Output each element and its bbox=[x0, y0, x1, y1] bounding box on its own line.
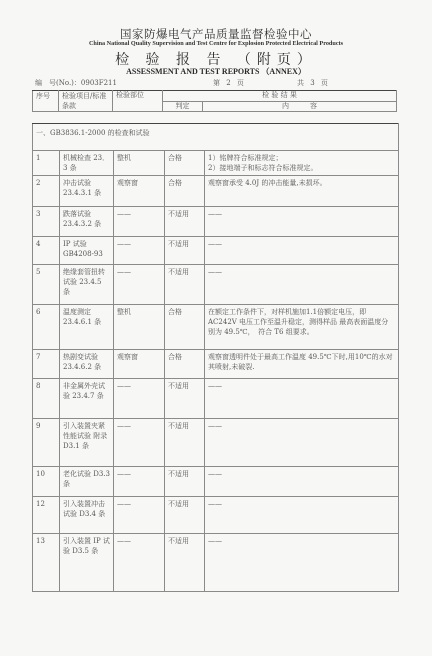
cell-content: 1）铭牌符合标准规定； 2）接地端子和标志符合标准规定。 bbox=[205, 151, 399, 176]
org-name-en: China National Quality Supervision and T… bbox=[0, 40, 432, 47]
cell-judge: 不适用 bbox=[165, 207, 205, 237]
col-part: 检验部位 bbox=[113, 91, 163, 112]
cell-part: 观察窗 bbox=[114, 350, 165, 379]
page-current: 第 2 页 bbox=[213, 78, 246, 88]
cell-item: 跌落试验 23.4.3.2 条 bbox=[60, 207, 114, 237]
cell-item: 机械检查 23．3 条 bbox=[60, 151, 114, 176]
cell-item: 热剧变试验 23.4.6.2 条 bbox=[60, 350, 114, 379]
col-content: 内 容 bbox=[203, 101, 397, 112]
col-num: 序号 bbox=[33, 91, 59, 112]
cell-num: 13 bbox=[33, 534, 60, 592]
table-row: 13引入装置 IP 试验 D3.5 条——不适用—— bbox=[33, 534, 399, 592]
cell-item: 冲击试验 23.4.3.1 条 bbox=[60, 176, 114, 207]
table-row: 9引入装置夹紧性能试验 附录 D3.1 条——不适用—— bbox=[33, 419, 399, 467]
cell-judge: 合格 bbox=[165, 305, 205, 350]
cell-judge: 合格 bbox=[165, 350, 205, 379]
table-row: 12引入装置冲击试验 D3.4 条——不适用—— bbox=[33, 497, 399, 534]
cell-num: 4 bbox=[33, 237, 60, 265]
cell-num: 8 bbox=[33, 379, 60, 419]
report-number-label: 编 号(No.)： bbox=[35, 79, 81, 87]
cell-item: 引入装置夹紧性能试验 附录 D3.1 条 bbox=[60, 419, 114, 467]
cell-item: 引入装置冲击试验 D3.4 条 bbox=[60, 497, 114, 534]
table-row: 3跌落试验 23.4.3.2 条——不适用—— bbox=[33, 207, 399, 237]
cell-num: 5 bbox=[33, 265, 60, 305]
cell-judge: 合格 bbox=[165, 176, 205, 207]
page-total: 共 3 页 bbox=[297, 78, 330, 88]
table-row: 10老化试验 D3.3 条——不适用—— bbox=[33, 467, 399, 497]
report-title-en: ASSESSMENT AND TEST REPORTS （ANNEX） bbox=[0, 66, 432, 77]
cell-num: 1 bbox=[33, 151, 60, 176]
cell-judge: 合格 bbox=[165, 151, 205, 176]
table-row: 8非金属外壳试验 23.4.7 条——不适用—— bbox=[33, 379, 399, 419]
cell-part: —— bbox=[114, 467, 165, 497]
cell-judge: 不适用 bbox=[165, 534, 205, 592]
results-table: 一、GB3836.1-2000 的检查和试验 1机械检查 23．3 条整机合格1… bbox=[32, 123, 399, 592]
cell-judge: 不适用 bbox=[165, 237, 205, 265]
cell-part: —— bbox=[114, 379, 165, 419]
cell-part: —— bbox=[114, 265, 165, 305]
section-title: 一、GB3836.1-2000 的检查和试验 bbox=[33, 124, 399, 151]
cell-content: —— bbox=[205, 379, 399, 419]
cell-content: 观察窗承受 4.0J 的冲击能量,未损坏。 bbox=[205, 176, 399, 207]
col-item: 检验项目/标准条款 bbox=[59, 91, 113, 112]
report-number: 编 号(No.)：0903F211 bbox=[35, 78, 117, 88]
cell-content: 观察窗透明件处于最高工作温度 49.5℃下时,用10℃的水对其喷射,未破裂. bbox=[205, 350, 399, 379]
table-row: 5绝缘套管扭转试验 23.4.5 条——不适用—— bbox=[33, 265, 399, 305]
col-result-group: 检 验 结 果 bbox=[163, 91, 397, 102]
cell-part: —— bbox=[114, 419, 165, 467]
table-row: 7热剧变试验 23.4.6.2 条观察窗合格观察窗透明件处于最高工作温度 49.… bbox=[33, 350, 399, 379]
cell-part: —— bbox=[114, 497, 165, 534]
table-row: 2冲击试验 23.4.3.1 条观察窗合格观察窗承受 4.0J 的冲击能量,未损… bbox=[33, 176, 399, 207]
cell-judge: 不适用 bbox=[165, 467, 205, 497]
cell-num: 9 bbox=[33, 419, 60, 467]
cell-part: —— bbox=[114, 207, 165, 237]
cell-item: 绝缘套管扭转试验 23.4.5 条 bbox=[60, 265, 114, 305]
table-row: 6温度测定 23.4.6.1 条整机合格在额定工作条件下，对样机施加1.1倍额定… bbox=[33, 305, 399, 350]
cell-num: 6 bbox=[33, 305, 60, 350]
cell-content: 在额定工作条件下，对样机施加1.1倍额定电压，即 AC242V 电压工作至温升稳… bbox=[205, 305, 399, 350]
column-header-table: 序号 检验项目/标准条款 检验部位 检 验 结 果 判定 内 容 bbox=[32, 90, 397, 112]
report-meta: 编 号(No.)：0903F211 第 2 页 共 3 页 bbox=[35, 78, 405, 90]
cell-part: 观察窗 bbox=[114, 176, 165, 207]
cell-part: 整机 bbox=[114, 305, 165, 350]
cell-num: 2 bbox=[33, 176, 60, 207]
section-row: 一、GB3836.1-2000 的检查和试验 bbox=[33, 124, 399, 151]
cell-num: 3 bbox=[33, 207, 60, 237]
cell-item: 温度测定 23.4.6.1 条 bbox=[60, 305, 114, 350]
cell-judge: 不适用 bbox=[165, 379, 205, 419]
cell-item: 老化试验 D3.3 条 bbox=[60, 467, 114, 497]
cell-content: —— bbox=[205, 534, 399, 592]
table-row: 4IP 试验 GB4208-93——不适用—— bbox=[33, 237, 399, 265]
cell-content: —— bbox=[205, 467, 399, 497]
cell-content: —— bbox=[205, 265, 399, 305]
cell-item: 非金属外壳试验 23.4.7 条 bbox=[60, 379, 114, 419]
cell-judge: 不适用 bbox=[165, 497, 205, 534]
cell-item: 引入装置 IP 试验 D3.5 条 bbox=[60, 534, 114, 592]
cell-content: —— bbox=[205, 207, 399, 237]
cell-part: 整机 bbox=[114, 151, 165, 176]
cell-num: 12 bbox=[33, 497, 60, 534]
cell-judge: 不适用 bbox=[165, 265, 205, 305]
cell-content: —— bbox=[205, 419, 399, 467]
col-judge: 判定 bbox=[163, 101, 203, 112]
report-number-value: 0903F211 bbox=[81, 79, 117, 87]
cell-content: —— bbox=[205, 237, 399, 265]
cell-judge: 不适用 bbox=[165, 419, 205, 467]
cell-content: —— bbox=[205, 497, 399, 534]
cell-item: IP 试验 GB4208-93 bbox=[60, 237, 114, 265]
cell-num: 7 bbox=[33, 350, 60, 379]
cell-part: —— bbox=[114, 237, 165, 265]
cell-num: 10 bbox=[33, 467, 60, 497]
table-row: 1机械检查 23．3 条整机合格1）铭牌符合标准规定； 2）接地端子和标志符合标… bbox=[33, 151, 399, 176]
cell-part: —— bbox=[114, 534, 165, 592]
